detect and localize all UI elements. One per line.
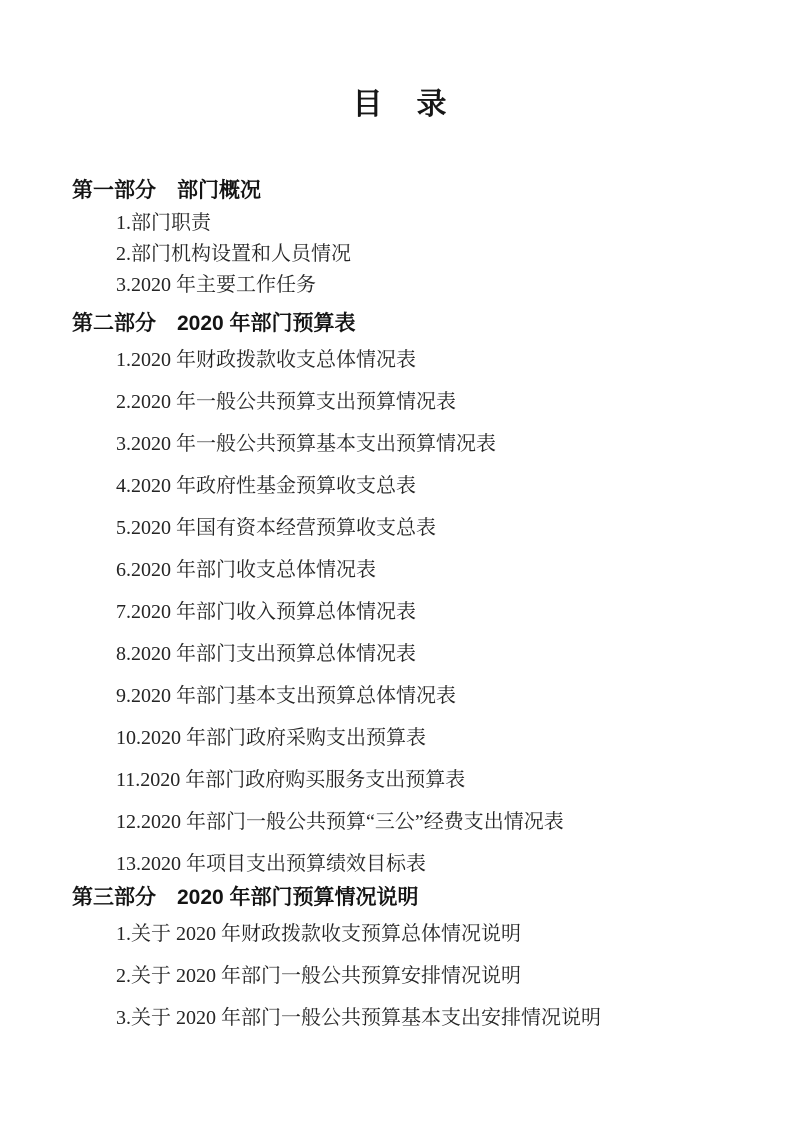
section-1-heading: 第一部分 部门概况 bbox=[72, 178, 729, 204]
toc-item: 11.2020 年部门政府购买服务支出预算表 bbox=[116, 759, 729, 801]
toc-item: 1.关于 2020 年财政拨款收支预算总体情况说明 bbox=[116, 913, 729, 955]
toc-item: 4.2020 年政府性基金预算收支总表 bbox=[116, 465, 729, 507]
toc-item: 3.2020 年主要工作任务 bbox=[116, 270, 729, 301]
toc-item: 5.2020 年国有资本经营预算收支总表 bbox=[116, 507, 729, 549]
toc-item: 9.2020 年部门基本支出预算总体情况表 bbox=[116, 675, 729, 717]
toc-item: 2.关于 2020 年部门一般公共预算安排情况说明 bbox=[116, 955, 729, 997]
toc-item: 2.部门机构设置和人员情况 bbox=[116, 239, 729, 270]
toc-item: 10.2020 年部门政府采购支出预算表 bbox=[116, 717, 729, 759]
toc-item: 13.2020 年项目支出预算绩效目标表 bbox=[116, 843, 729, 885]
toc-item: 1.2020 年财政拨款收支总体情况表 bbox=[116, 339, 729, 381]
toc-item: 3.关于 2020 年部门一般公共预算基本支出安排情况说明 bbox=[116, 997, 729, 1039]
document-page: 目 录 第一部分 部门概况 1.部门职责 2.部门机构设置和人员情况 3.202… bbox=[0, 0, 793, 1122]
toc-item: 6.2020 年部门收支总体情况表 bbox=[116, 549, 729, 591]
toc-item: 8.2020 年部门支出预算总体情况表 bbox=[116, 633, 729, 675]
toc-item: 7.2020 年部门收入预算总体情况表 bbox=[116, 591, 729, 633]
toc-item: 12.2020 年部门一般公共预算“三公”经费支出情况表 bbox=[116, 801, 729, 843]
section-3-list: 1.关于 2020 年财政拨款收支预算总体情况说明 2.关于 2020 年部门一… bbox=[72, 913, 729, 1039]
section-2-list: 1.2020 年财政拨款收支总体情况表 2.2020 年一般公共预算支出预算情况… bbox=[72, 339, 729, 885]
toc-item: 1.部门职责 bbox=[116, 208, 729, 239]
page-title: 目 录 bbox=[72, 86, 729, 124]
toc-item: 3.2020 年一般公共预算基本支出预算情况表 bbox=[116, 423, 729, 465]
section-2-heading: 第二部分 2020 年部门预算表 bbox=[72, 311, 729, 337]
section-1-list: 1.部门职责 2.部门机构设置和人员情况 3.2020 年主要工作任务 bbox=[72, 208, 729, 301]
toc-item: 2.2020 年一般公共预算支出预算情况表 bbox=[116, 381, 729, 423]
section-3-heading: 第三部分 2020 年部门预算情况说明 bbox=[72, 885, 729, 911]
